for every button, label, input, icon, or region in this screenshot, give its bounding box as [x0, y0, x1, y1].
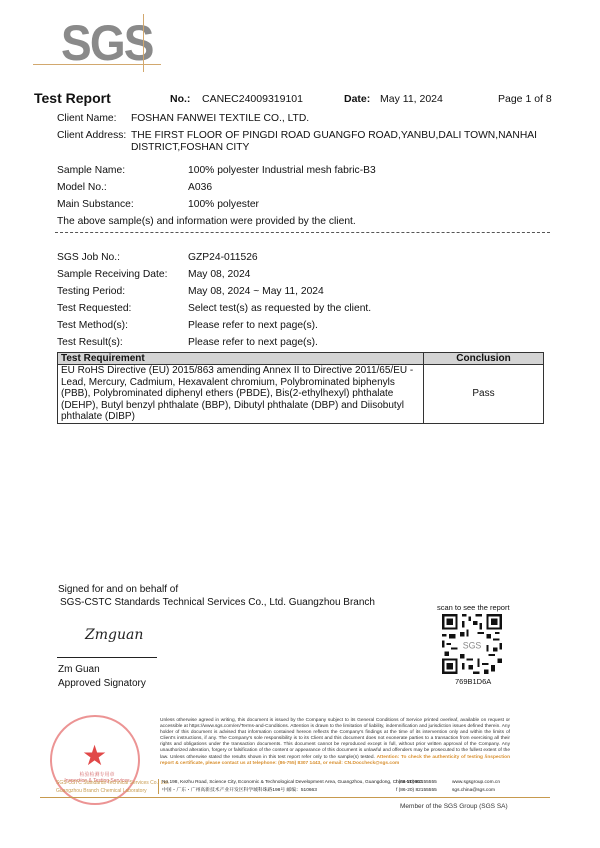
stamp-company: SGS-CSTC Standards Technical Services Co…	[56, 779, 169, 795]
logo-vertical-rule	[143, 14, 144, 72]
main-substance: 100% polyester	[188, 198, 259, 211]
qr-center-text: SGS	[463, 641, 482, 651]
requirement-header: Test Requirement	[58, 353, 424, 365]
footer-rule	[40, 797, 550, 798]
model-number: A036	[188, 181, 212, 194]
sample-name-label: Sample Name:	[57, 164, 125, 177]
sample-name: 100% polyester Industrial mesh fabric-B3	[188, 164, 376, 177]
stamp-company-line1: SGS-CSTC Standards Technical Services Co…	[56, 779, 169, 787]
section-divider	[55, 232, 550, 233]
signoff-line1: Signed for and on behalf of	[58, 584, 375, 597]
requirement-cell: EU RoHS Directive (EU) 2015/863 amending…	[58, 365, 424, 424]
receiving-label: Sample Receiving Date:	[57, 268, 167, 281]
method-label: Test Method(s):	[57, 319, 128, 332]
logo-text: SGS	[61, 18, 153, 68]
job-number: GZP24-011526	[188, 251, 258, 264]
signatory-title: Approved Signatory	[58, 677, 146, 691]
table-header-row: Test Requirement Conclusion	[58, 353, 544, 365]
client-address-line2: DISTRICT,FOSHAN CITY	[131, 141, 249, 154]
client-address-label: Client Address:	[57, 129, 126, 142]
email-link[interactable]: sgs.china@sgs.com	[452, 787, 500, 795]
job-label: SGS Job No.:	[57, 251, 120, 264]
test-method: Please refer to next page(s).	[188, 319, 318, 332]
signoff-block: Signed for and on behalf of SGS-CSTC Sta…	[58, 584, 375, 609]
signatory-block: Zm Guan Approved Signatory	[58, 663, 146, 691]
table-row: EU RoHS Directive (EU) 2015/863 amending…	[58, 365, 544, 424]
report-number-label: No.:	[170, 93, 190, 105]
test-result: Please refer to next page(s).	[188, 336, 318, 349]
footer-phone: t (86-20) 82155555 f (86-20) 82155555	[396, 779, 437, 794]
qr-verification-code: 769B1D6A	[455, 677, 491, 686]
page-indicator: Page 1 of 8	[498, 93, 552, 105]
qr-caption: scan to see the report	[437, 603, 510, 612]
substance-label: Main Substance:	[57, 198, 134, 211]
website-link[interactable]: www.sgsgroup.com.cn	[452, 779, 500, 787]
signature: Zmguan	[85, 627, 143, 643]
report-header: Test Report No.: CANEC24009319101 Date: …	[0, 90, 600, 106]
report-date: May 11, 2024	[380, 93, 443, 105]
receiving-date: May 08, 2024	[188, 268, 250, 281]
testing-period: May 08, 2024 ~ May 11, 2024	[188, 285, 324, 298]
signatory-name: Zm Guan	[58, 663, 146, 677]
qr-code-icon[interactable]: SGS	[440, 612, 504, 676]
signature-line	[57, 657, 157, 658]
address-cn: 中国・广东・广州高新技术产业开发区科学城科珠路198号 邮编：510663	[162, 787, 423, 795]
date-label: Date:	[344, 93, 370, 105]
stamp-company-line2: Guangzhou Branch Chemical Laboratory	[56, 787, 169, 795]
report-title: Test Report	[34, 90, 111, 106]
requested-label: Test Requested:	[57, 302, 131, 315]
member-statement: Member of the SGS Group (SGS SA)	[400, 803, 508, 810]
footer-disclaimer: Unless otherwise agreed in writing, this…	[160, 718, 510, 767]
result-label: Test Result(s):	[57, 336, 123, 349]
conclusion-header: Conclusion	[424, 353, 544, 365]
logo-horizontal-rule	[33, 64, 161, 65]
conclusion-cell: Pass	[424, 365, 544, 424]
telephone: t (86-20) 82155555	[396, 779, 437, 787]
footer-web: www.sgsgroup.com.cn sgs.china@sgs.com	[452, 779, 500, 794]
fax: f (86-20) 82155555	[396, 787, 437, 795]
sgs-logo: SGS	[33, 12, 163, 74]
signoff-company: SGS-CSTC Standards Technical Services Co…	[58, 597, 375, 610]
test-requested: Select test(s) as requested by the clien…	[188, 302, 371, 315]
model-label: Model No.:	[57, 181, 107, 194]
client-name: FOSHAN FANWEI TEXTILE CO., LTD.	[131, 112, 309, 125]
period-label: Testing Period:	[57, 285, 125, 298]
footer-address: No.198, Kezhu Road, Science City, Econom…	[158, 779, 423, 794]
disclaimer-text: Unless otherwise agreed in writing, this…	[160, 718, 510, 760]
test-requirement-table: Test Requirement Conclusion EU RoHS Dire…	[57, 352, 544, 424]
client-name-label: Client Name:	[57, 112, 117, 125]
report-number: CANEC24009319101	[202, 93, 303, 105]
star-icon: ★	[82, 739, 107, 772]
address-en: No.198, Kezhu Road, Science City, Econom…	[162, 779, 423, 787]
sample-note: The above sample(s) and information were…	[57, 215, 356, 228]
